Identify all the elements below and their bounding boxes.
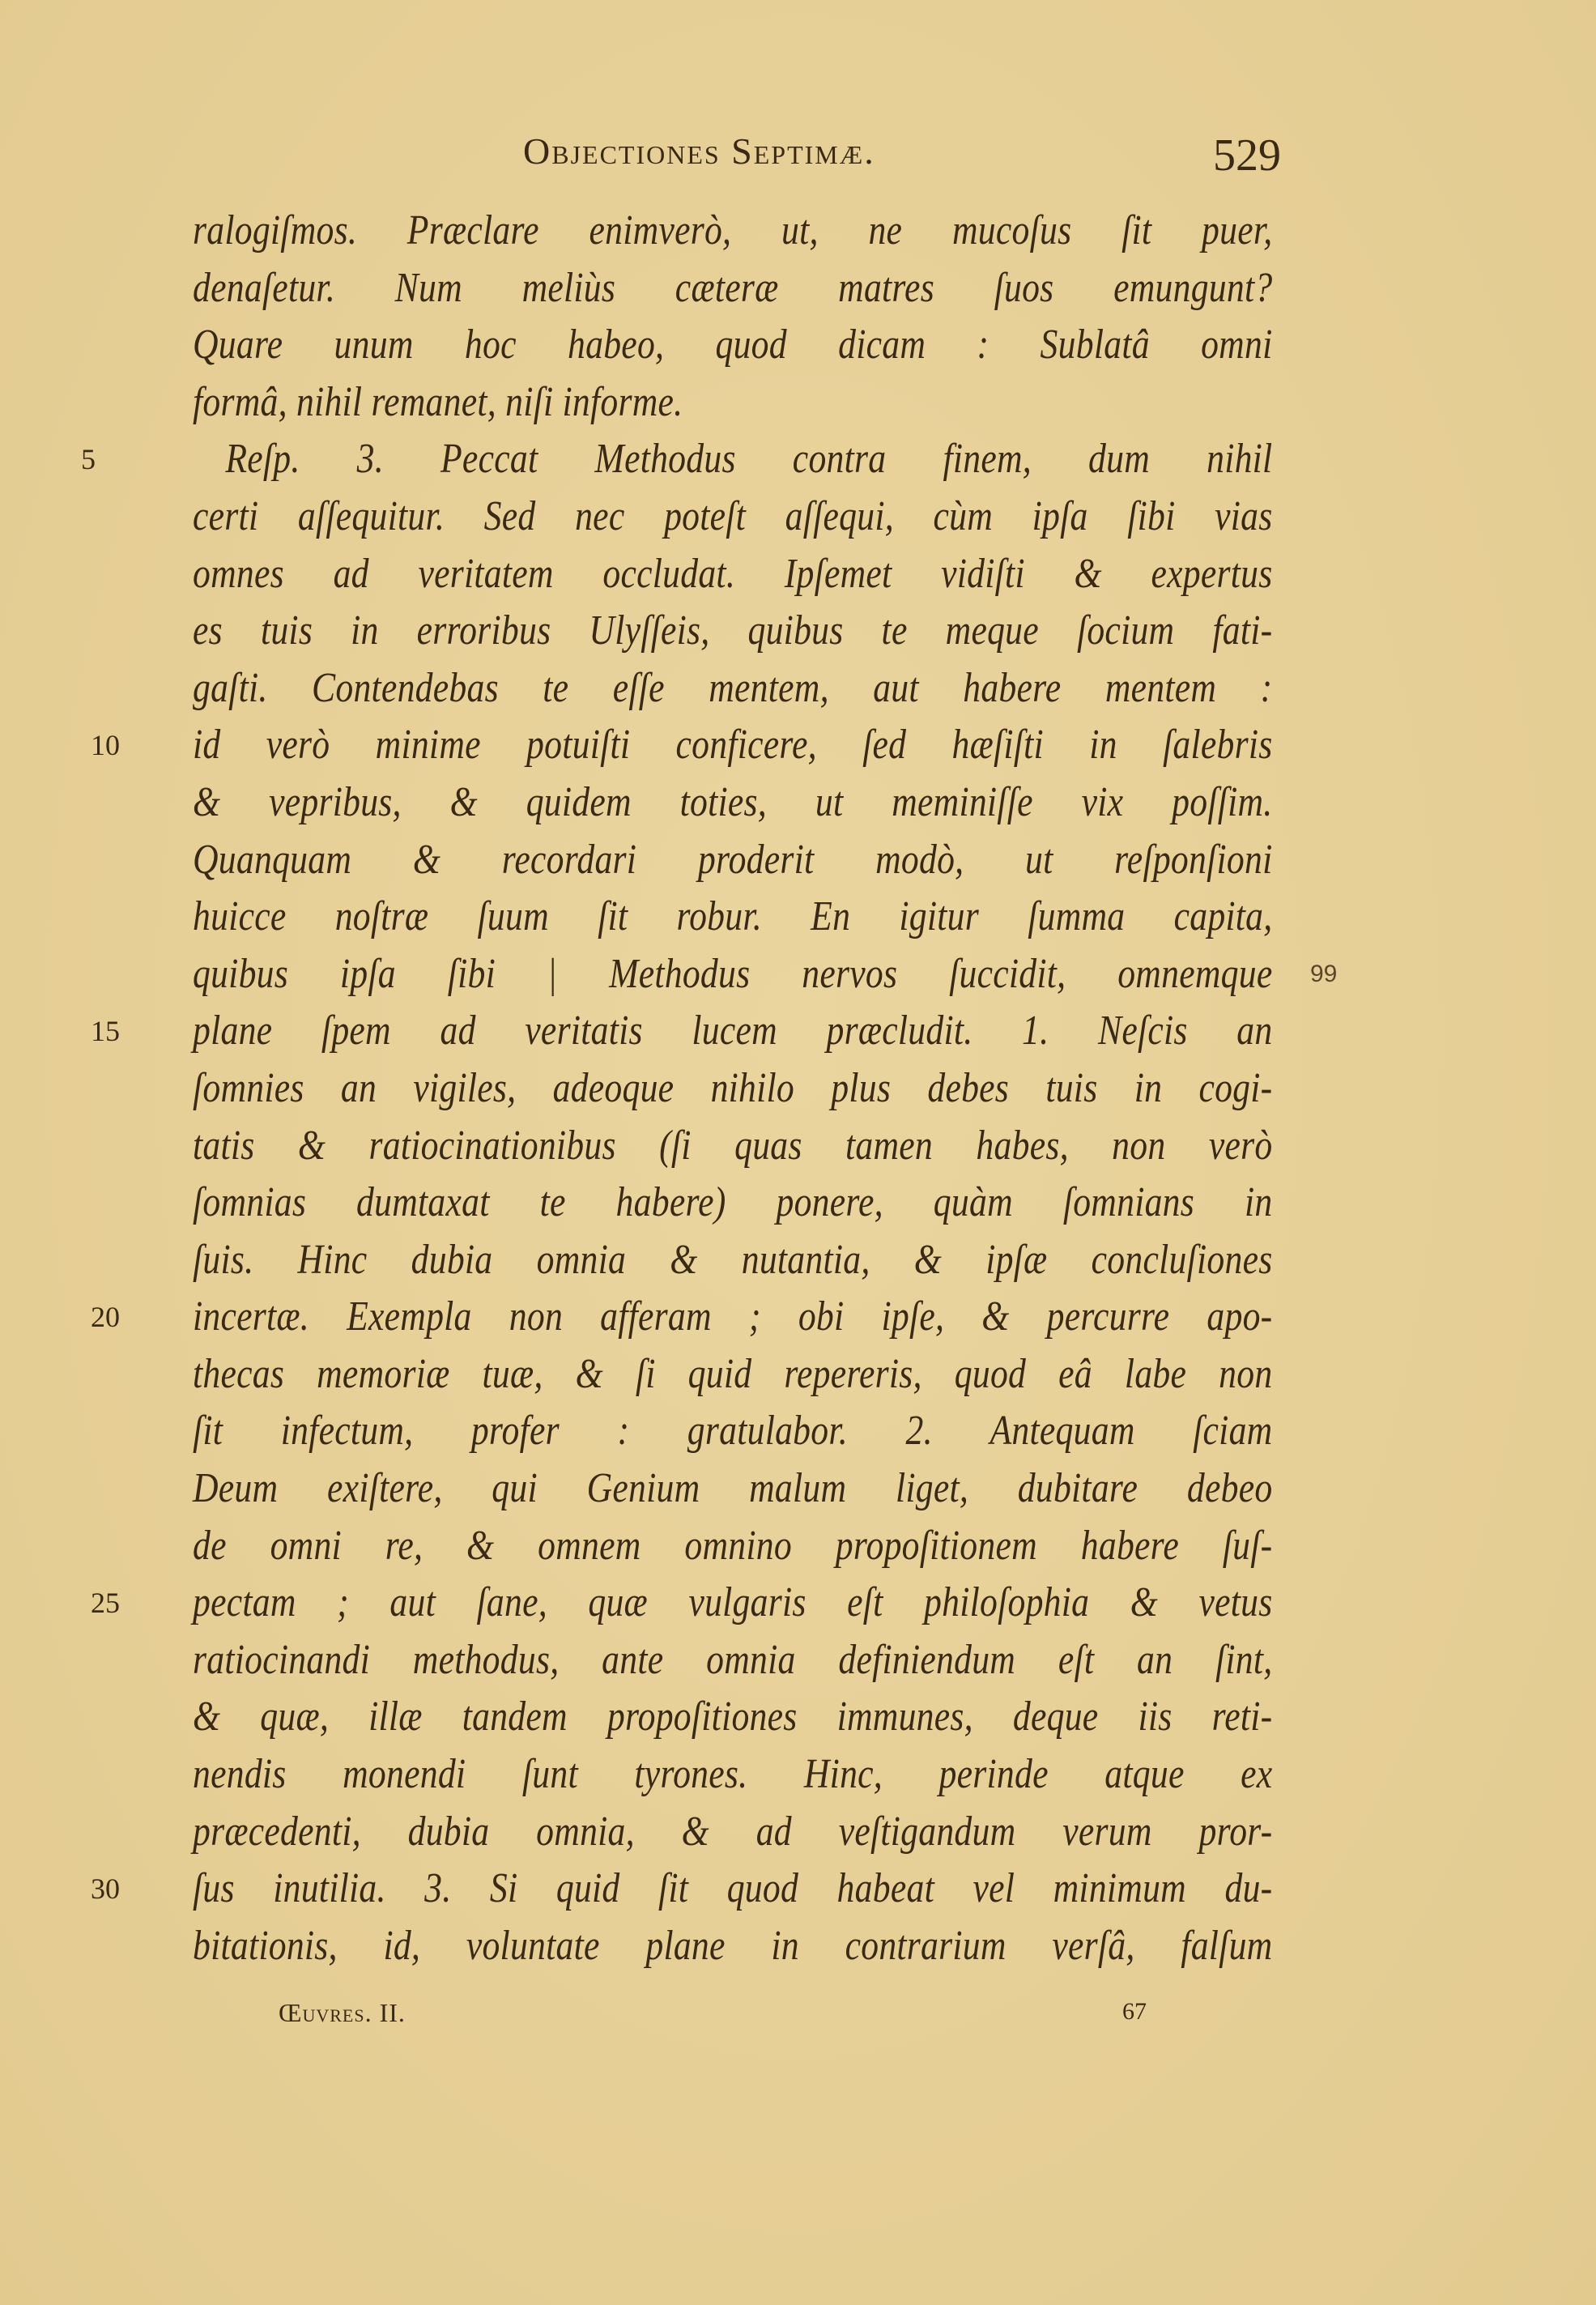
text-line: ralogiſmos. Præclare enimverò, ut, ne mu… <box>193 202 1272 260</box>
text-line: de omni re, & omnem omnino propoſitionem… <box>193 1518 1272 1575</box>
line-number: 30 <box>91 1872 120 1906</box>
text-line: Reſp. 3. Peccat Methodus contra finem, d… <box>193 431 1272 488</box>
text-line: Quanquam & recordari proderit modò, ut r… <box>193 832 1272 889</box>
line-number: 10 <box>91 728 120 762</box>
text-line: thecas memoriæ tuæ, & ſi quid repereris,… <box>193 1346 1272 1404</box>
text-line: id verò minime potuiſti conficere, ſed h… <box>193 717 1272 774</box>
text-line: plane ſpem ad veritatis lucem præcludit.… <box>193 1003 1272 1060</box>
line-number: 5 <box>81 442 96 476</box>
text-line: denaſetur. Num meliùs cæteræ matres ſuos… <box>193 260 1272 317</box>
text-line: ſuis. Hinc dubia omnia & nutantia, & ipſ… <box>193 1232 1272 1289</box>
text-line: huicce noſtræ ſuum ſit robur. En igitur … <box>193 888 1272 946</box>
footer-signature: Œuvres. II. <box>279 1998 406 2028</box>
text-line: & vepribus, & quidem toties, ut meminiſſ… <box>193 774 1272 832</box>
text-line: ſus inutilia. 3. Si quid ſit quod habeat… <box>193 1860 1272 1918</box>
text-line: certi aſſequitur. Sed nec poteſt aſſequi… <box>193 488 1272 546</box>
text-line: & quæ, illæ tandem propoſitiones immunes… <box>193 1689 1272 1746</box>
margin-reference: 99 <box>1310 961 1337 988</box>
body-text: ralogiſmos. Præclare enimverò, ut, ne mu… <box>193 202 1273 1975</box>
text-line: ſit infectum, profer : gratulabor. 2. An… <box>193 1403 1272 1460</box>
text-line: pectam ; aut ſane, quæ vulgaris eſt phil… <box>193 1574 1272 1632</box>
line-number: 20 <box>91 1300 120 1334</box>
text-line: nendis monendi ſunt tyrones. Hinc, perin… <box>193 1746 1272 1804</box>
page-number: 529 <box>1213 130 1281 181</box>
text-line: formâ, nihil remanet, niſi informe. <box>193 374 1272 432</box>
text-line: quibus ipſa ſibi | Methodus nervos ſucci… <box>193 946 1272 1003</box>
running-title: Objectiones Septimæ. <box>523 130 875 173</box>
line-number: 25 <box>91 1586 120 1620</box>
text-line: ratiocinandi methodus, ante omnia defini… <box>193 1632 1272 1689</box>
text-line: tatis & ratiocinationibus (ſi quas tamen… <box>193 1118 1272 1175</box>
text-line: præcedenti, dubia omnia, & ad veſtigandu… <box>193 1804 1272 1861</box>
line-number: 15 <box>91 1014 120 1048</box>
text-line: Deum exiſtere, qui Genium malum liget, d… <box>193 1460 1272 1518</box>
book-page: Objectiones Septimæ. 529 51015202530 99 … <box>0 0 1596 2305</box>
footer-signature-number: 67 <box>1122 1998 1147 2026</box>
text-line: bitationis, id, voluntate plane in contr… <box>193 1918 1272 1975</box>
text-line: ſomnies an vigiles, adeoque nihilo plus … <box>193 1060 1272 1118</box>
text-line: incertæ. Exempla non afferam ; obi ipſe,… <box>193 1289 1272 1346</box>
text-line: Quare unum hoc habeo, quod dicam : Subla… <box>193 317 1272 374</box>
text-line: gaſti. Contendebas te eſſe mentem, aut h… <box>193 660 1272 718</box>
text-line: ſomnias dumtaxat te habere) ponere, quàm… <box>193 1174 1272 1232</box>
text-line: es tuis in erroribus Ulyſſeis, quibus te… <box>193 603 1272 660</box>
text-line: omnes ad veritatem occludat. Ipſemet vid… <box>193 546 1272 603</box>
